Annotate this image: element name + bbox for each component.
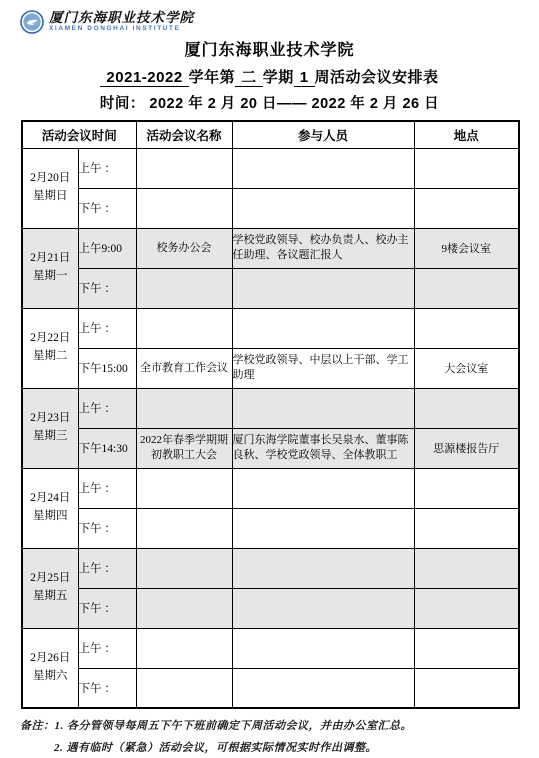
note-line-1: 备注：1. 各分管领导每周五下午下班前确定下周活动会议，并由办公室汇总。 bbox=[20, 718, 539, 734]
participants-cell bbox=[232, 308, 414, 348]
table-header-row: 活动会议时间活动会议名称参与人员地点 bbox=[22, 121, 519, 148]
meeting-name-cell bbox=[136, 308, 232, 348]
page-title: 厦门东海职业技术学院 bbox=[0, 42, 539, 60]
meeting-name-cell: 全市教育工作会议 bbox=[136, 348, 232, 388]
meeting-name-cell: 校务办公会 bbox=[136, 228, 232, 268]
participants-cell: 厦门东海学院董事长吴泉水、董事陈良秋、学校党政领导、全体教职工 bbox=[232, 428, 414, 468]
participants-cell bbox=[232, 468, 414, 508]
location-cell bbox=[414, 268, 519, 308]
weekday-label: 星期二 bbox=[23, 348, 78, 366]
date-label: 2月24日 bbox=[23, 490, 78, 508]
weekday-label: 星期一 bbox=[23, 268, 78, 286]
location-cell bbox=[414, 388, 519, 428]
table-row: 2月21日星期一上午9:00校务办公会学校党政领导、校办负责人、校办主任助理、各… bbox=[22, 228, 519, 268]
location-cell: 思源楼报告厅 bbox=[414, 428, 519, 468]
time-cell: 下午 ： bbox=[78, 668, 136, 708]
notes: 备注：1. 各分管领导每周五下午下班前确定下周活动会议，并由办公室汇总。 2. … bbox=[20, 718, 539, 756]
location-cell bbox=[414, 468, 519, 508]
meeting-name-cell bbox=[136, 668, 232, 708]
location-cell bbox=[414, 668, 519, 708]
table-row: 2月24日星期四上午 ： bbox=[22, 468, 519, 508]
table-row: 2月26日星期六上午 ： bbox=[22, 628, 519, 668]
table-row: 2月23日星期三上午 ： bbox=[22, 388, 519, 428]
table-row: 下午 ： bbox=[22, 188, 519, 228]
participants-cell bbox=[232, 508, 414, 548]
participants-cell bbox=[232, 628, 414, 668]
column-header: 参与人员 bbox=[232, 121, 414, 148]
school-emblem-icon bbox=[20, 10, 44, 34]
column-header: 活动会议名称 bbox=[136, 121, 232, 148]
notes-label: 备注： bbox=[20, 720, 55, 732]
table-row: 下午15:00全市教育工作会议学校党政领导、中层以上干部、学工助理大会议室 bbox=[22, 348, 519, 388]
time-cell: 下午 ： bbox=[78, 588, 136, 628]
participants-cell bbox=[232, 668, 414, 708]
time-cell: 下午15:00 bbox=[78, 348, 136, 388]
location-cell bbox=[414, 188, 519, 228]
table-row: 下午14:302022年春季学期期初教职工大会厦门东海学院董事长吴泉水、董事陈良… bbox=[22, 428, 519, 468]
date-cell: 2月22日星期二 bbox=[22, 308, 78, 388]
subtitle-text: 学期 bbox=[263, 69, 294, 86]
meeting-name-cell bbox=[136, 388, 232, 428]
time-cell: 下午 ： bbox=[78, 268, 136, 308]
subtitle-text: 学年第 bbox=[189, 69, 236, 86]
time-cell: 上午9:00 bbox=[78, 228, 136, 268]
meeting-name-cell bbox=[136, 508, 232, 548]
date-label: 2月20日 bbox=[23, 170, 78, 188]
date-range-line: 时间： 2022 年 2 月 20 日—— 2022 年 2 月 26 日 bbox=[0, 95, 539, 113]
location-cell bbox=[414, 628, 519, 668]
table-row: 2月22日星期二上午 ： bbox=[22, 308, 519, 348]
schedule-table-body: 2月20日星期日上午 ：下午 ：2月21日星期一上午9:00校务办公会学校党政领… bbox=[22, 148, 519, 708]
column-header: 活动会议时间 bbox=[22, 121, 136, 148]
meeting-name-cell bbox=[136, 548, 232, 588]
date-cell: 2月24日星期四 bbox=[22, 468, 78, 548]
meeting-name-cell bbox=[136, 268, 232, 308]
meeting-name-cell bbox=[136, 148, 232, 188]
participants-cell bbox=[232, 388, 414, 428]
participants-cell bbox=[232, 588, 414, 628]
date-cell: 2月20日星期日 bbox=[22, 148, 78, 228]
time-cell: 上午 ： bbox=[78, 148, 136, 188]
meeting-schedule-table: 活动会议时间活动会议名称参与人员地点 2月20日星期日上午 ：下午 ：2月21日… bbox=[21, 120, 520, 709]
school-logo-text: 厦门东海职业技术学院 XIAMEN DONGHAI INSTITUTE bbox=[49, 11, 194, 33]
participants-cell: 学校党政领导、校办负责人、校办主任助理、各议题汇报人 bbox=[232, 228, 414, 268]
time-cell: 下午 ： bbox=[78, 188, 136, 228]
meeting-name-cell bbox=[136, 468, 232, 508]
date-label: 2月21日 bbox=[23, 250, 78, 268]
participants-cell bbox=[232, 188, 414, 228]
location-cell bbox=[414, 308, 519, 348]
time-cell: 上午 ： bbox=[78, 388, 136, 428]
location-cell: 大会议室 bbox=[414, 348, 519, 388]
subtitle-text: 周活动会议安排表 bbox=[315, 69, 439, 86]
weekday-label: 星期日 bbox=[23, 188, 78, 206]
location-cell: 9楼会议室 bbox=[414, 228, 519, 268]
weekday-label: 星期四 bbox=[23, 508, 78, 526]
column-header: 地点 bbox=[414, 121, 519, 148]
date-cell: 2月26日星期六 bbox=[22, 628, 78, 708]
note-item-2: 2. 遇有临时（紧急）活动会议，可根据实际情况实时作出调整。 bbox=[54, 742, 377, 754]
location-cell bbox=[414, 548, 519, 588]
meeting-name-cell: 2022年春季学期期初教职工大会 bbox=[136, 428, 232, 468]
note-line-2: 2. 遇有临时（紧急）活动会议，可根据实际情况实时作出调整。 bbox=[20, 740, 539, 756]
table-row: 下午 ： bbox=[22, 588, 519, 628]
participants-cell: 学校党政领导、中层以上干部、学工助理 bbox=[232, 348, 414, 388]
table-row: 2月25日星期五上午 ： bbox=[22, 548, 519, 588]
table-row: 下午 ： bbox=[22, 268, 519, 308]
time-cell: 上午 ： bbox=[78, 628, 136, 668]
location-cell bbox=[414, 148, 519, 188]
date-label: 2月22日 bbox=[23, 330, 78, 348]
time-cell: 上午 ： bbox=[78, 548, 136, 588]
weekday-label: 星期六 bbox=[23, 668, 78, 686]
location-cell bbox=[414, 508, 519, 548]
school-name-en: XIAMEN DONGHAI INSTITUTE bbox=[49, 26, 194, 33]
date-cell: 2月23日星期三 bbox=[22, 388, 78, 468]
meeting-name-cell bbox=[136, 588, 232, 628]
subtitle-blank-value: 1 bbox=[294, 69, 315, 87]
subtitle-blank-value: 2021-2022 bbox=[100, 69, 188, 87]
table-row: 下午 ： bbox=[22, 668, 519, 708]
date-label: 2月25日 bbox=[23, 570, 78, 588]
participants-cell bbox=[232, 148, 414, 188]
time-cell: 上午 ： bbox=[78, 308, 136, 348]
note-item-1: 1. 各分管领导每周五下午下班前确定下周活动会议，并由办公室汇总。 bbox=[55, 720, 413, 732]
meeting-name-cell bbox=[136, 188, 232, 228]
table-row: 下午 ： bbox=[22, 508, 519, 548]
participants-cell bbox=[232, 548, 414, 588]
participants-cell bbox=[232, 268, 414, 308]
meeting-name-cell bbox=[136, 628, 232, 668]
table-row: 2月20日星期日上午 ： bbox=[22, 148, 519, 188]
page-subtitle: 2021-2022学年第二学期1周活动会议安排表 bbox=[0, 68, 539, 87]
subtitle-blank-value: 二 bbox=[235, 69, 263, 87]
weekday-label: 星期五 bbox=[23, 588, 78, 606]
date-label: 2月23日 bbox=[23, 410, 78, 428]
time-cell: 上午 ： bbox=[78, 468, 136, 508]
location-cell bbox=[414, 588, 519, 628]
school-name-cn: 厦门东海职业技术学院 bbox=[49, 11, 194, 25]
date-cell: 2月21日星期一 bbox=[22, 228, 78, 308]
school-logo: 厦门东海职业技术学院 XIAMEN DONGHAI INSTITUTE bbox=[20, 10, 194, 34]
date-cell: 2月25日星期五 bbox=[22, 548, 78, 628]
time-cell: 下午14:30 bbox=[78, 428, 136, 468]
time-cell: 下午 ： bbox=[78, 508, 136, 548]
date-label: 2月26日 bbox=[23, 650, 78, 668]
weekday-label: 星期三 bbox=[23, 428, 78, 446]
